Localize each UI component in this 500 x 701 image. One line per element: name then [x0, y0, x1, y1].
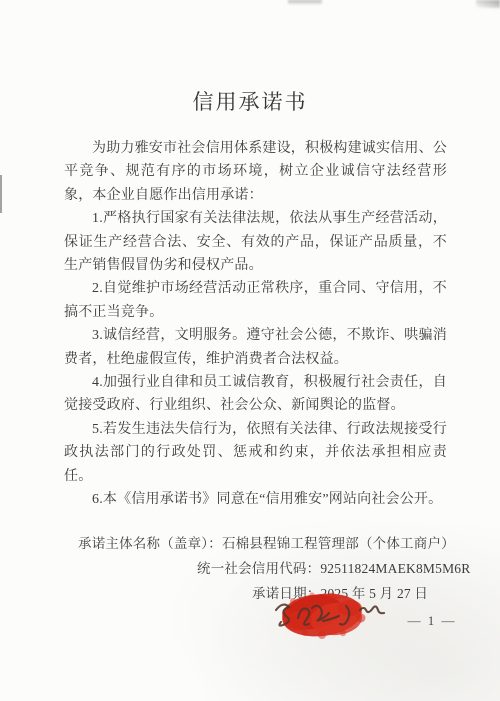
commitment-date-value: 2025 年 5 月 27 日: [321, 586, 429, 601]
entity-name-label: 承诺主体名称（盖章）：: [78, 536, 222, 551]
commitment-item-6: 6.本《信用承诺书》同意在“信用雅安”网站向社会公开。: [64, 488, 447, 511]
handwritten-signature: [276, 605, 384, 626]
commitment-item-1: 1.严格执行国家有关法律法规，依法从事生产经营活动，保证生产经营合法、安全、有效…: [64, 207, 447, 277]
credit-code-line: 统一社会信用代码：92511824MAEK8M5M6R: [197, 557, 470, 577]
scanned-document-page: 信用承诺书 为助力雅安市社会信用体系建设，积极构建诚实信用、公平竞争、规范有序的…: [0, 0, 500, 701]
entity-name-value: 石棉县程锦工程管理部（个体工商户）: [222, 536, 455, 551]
commitment-date-line: 承诺日期：2025 年 5 月 27 日: [252, 582, 428, 602]
entity-name-line: 承诺主体名称（盖章）：石棉县程锦工程管理部（个体工商户）: [78, 532, 455, 552]
commitment-item-3: 3.诚信经营，文明服务。遵守社会公德，不欺诈、哄骗消费者，杜绝虚假宣传，维护消费…: [64, 324, 447, 371]
credit-code-value: 92511824MAEK8M5M6R: [320, 561, 470, 576]
commitment-date-label: 承诺日期：: [252, 586, 321, 601]
scan-smudge-top-center: [288, 0, 322, 5]
intro-paragraph: 为助力雅安市社会信用体系建设，积极构建诚实信用、公平竞争、规范有序的市场环境，树…: [64, 137, 447, 207]
document-body: 为助力雅安市社会信用体系建设，积极构建诚实信用、公平竞争、规范有序的市场环境，树…: [64, 137, 447, 512]
scan-smudge-top-right: [476, 0, 500, 8]
scan-edge-artifact: [0, 175, 2, 213]
document-title: 信用承诺书: [0, 86, 500, 116]
page-number: — 1 —: [400, 613, 464, 629]
commitment-item-2: 2.自觉维护市场经营活动正常秩序，重合同、守信用，不搞不正当竞争。: [64, 277, 447, 324]
credit-code-label: 统一社会信用代码：: [197, 561, 320, 576]
commitment-item-5: 5.若发生违法失信行为，依照有关法律、行政法规接受行政执法部门的行政处罚、惩戒和…: [64, 418, 447, 488]
commitment-item-4: 4.加强行业自律和员工诚信教育，积极履行社会责任，自觉接受政府、行业组织、社会公…: [64, 371, 447, 418]
